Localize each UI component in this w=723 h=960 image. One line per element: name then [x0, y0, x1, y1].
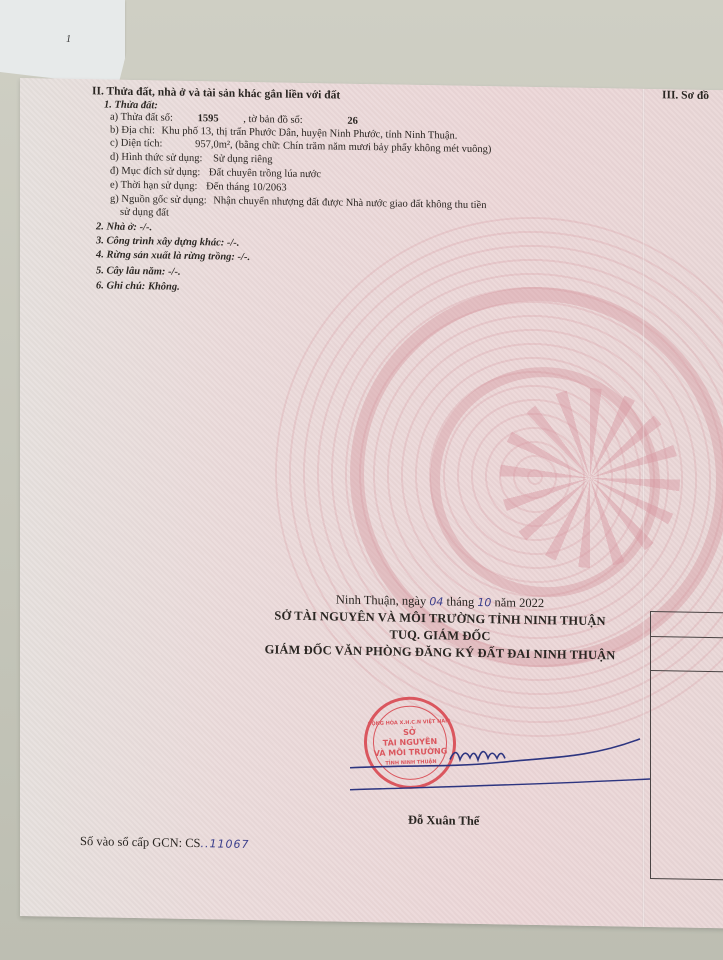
item-perennial-trees: 5. Cây lâu năm: -/-.: [96, 265, 181, 277]
item-notes: 6. Ghi chú: Không.: [96, 280, 180, 292]
gcn-register-number: Số vào sổ cấp GCN: CS..11067: [80, 834, 250, 852]
map-sheet-number: 26: [347, 116, 358, 127]
diagram-section-title: III. Sơ đồ: [662, 89, 709, 102]
issue-day: 04: [429, 595, 443, 608]
usage-form: Sử dụng riêng: [213, 153, 272, 165]
signer-name: Đỗ Xuân Thể: [408, 813, 479, 829]
table-rule: [651, 636, 723, 639]
parcel-number: 1595: [198, 113, 219, 124]
item-house: 2. Nhà ở: -/-.: [96, 221, 152, 233]
signature-block: Ninh Thuận, ngày 04 tháng 10 năm 2022 SỞ…: [220, 589, 660, 665]
origin-cont: sử dụng đất: [120, 207, 169, 219]
usage-purpose: Đất chuyên trồng lúa nước: [209, 167, 321, 180]
table-rule: [651, 670, 723, 673]
parcel-heading: 1. Thửa đất:: [104, 99, 158, 111]
land-use-certificate: II. Thửa đất, nhà ở và tài sản khác gắn …: [20, 78, 723, 929]
handwritten-signature: [350, 724, 650, 799]
usage-form-row: d) Hình thức sử dụng: Sử dụng riêng: [110, 152, 272, 166]
underlying-paper: 1: [0, 0, 125, 86]
issue-month: 10: [477, 596, 491, 609]
parcel-diagram-table: [650, 611, 723, 881]
page-number: 1: [66, 34, 71, 45]
item-other-construction: 3. Công trình xây dựng khác: -/-.: [96, 235, 239, 249]
item-planted-forest: 4. Rừng sản xuất là rừng trồng: -/-.: [96, 249, 250, 263]
usage-purpose-row: đ) Mục đích sử dụng: Đất chuyên trồng lú…: [110, 166, 321, 181]
origin: Nhận chuyển nhượng đất được Nhà nước gia…: [213, 195, 486, 211]
usage-term-row: e) Thời hạn sử dụng: Đến tháng 10/2063: [110, 180, 287, 194]
usage-term: Đến tháng 10/2063: [206, 181, 287, 193]
